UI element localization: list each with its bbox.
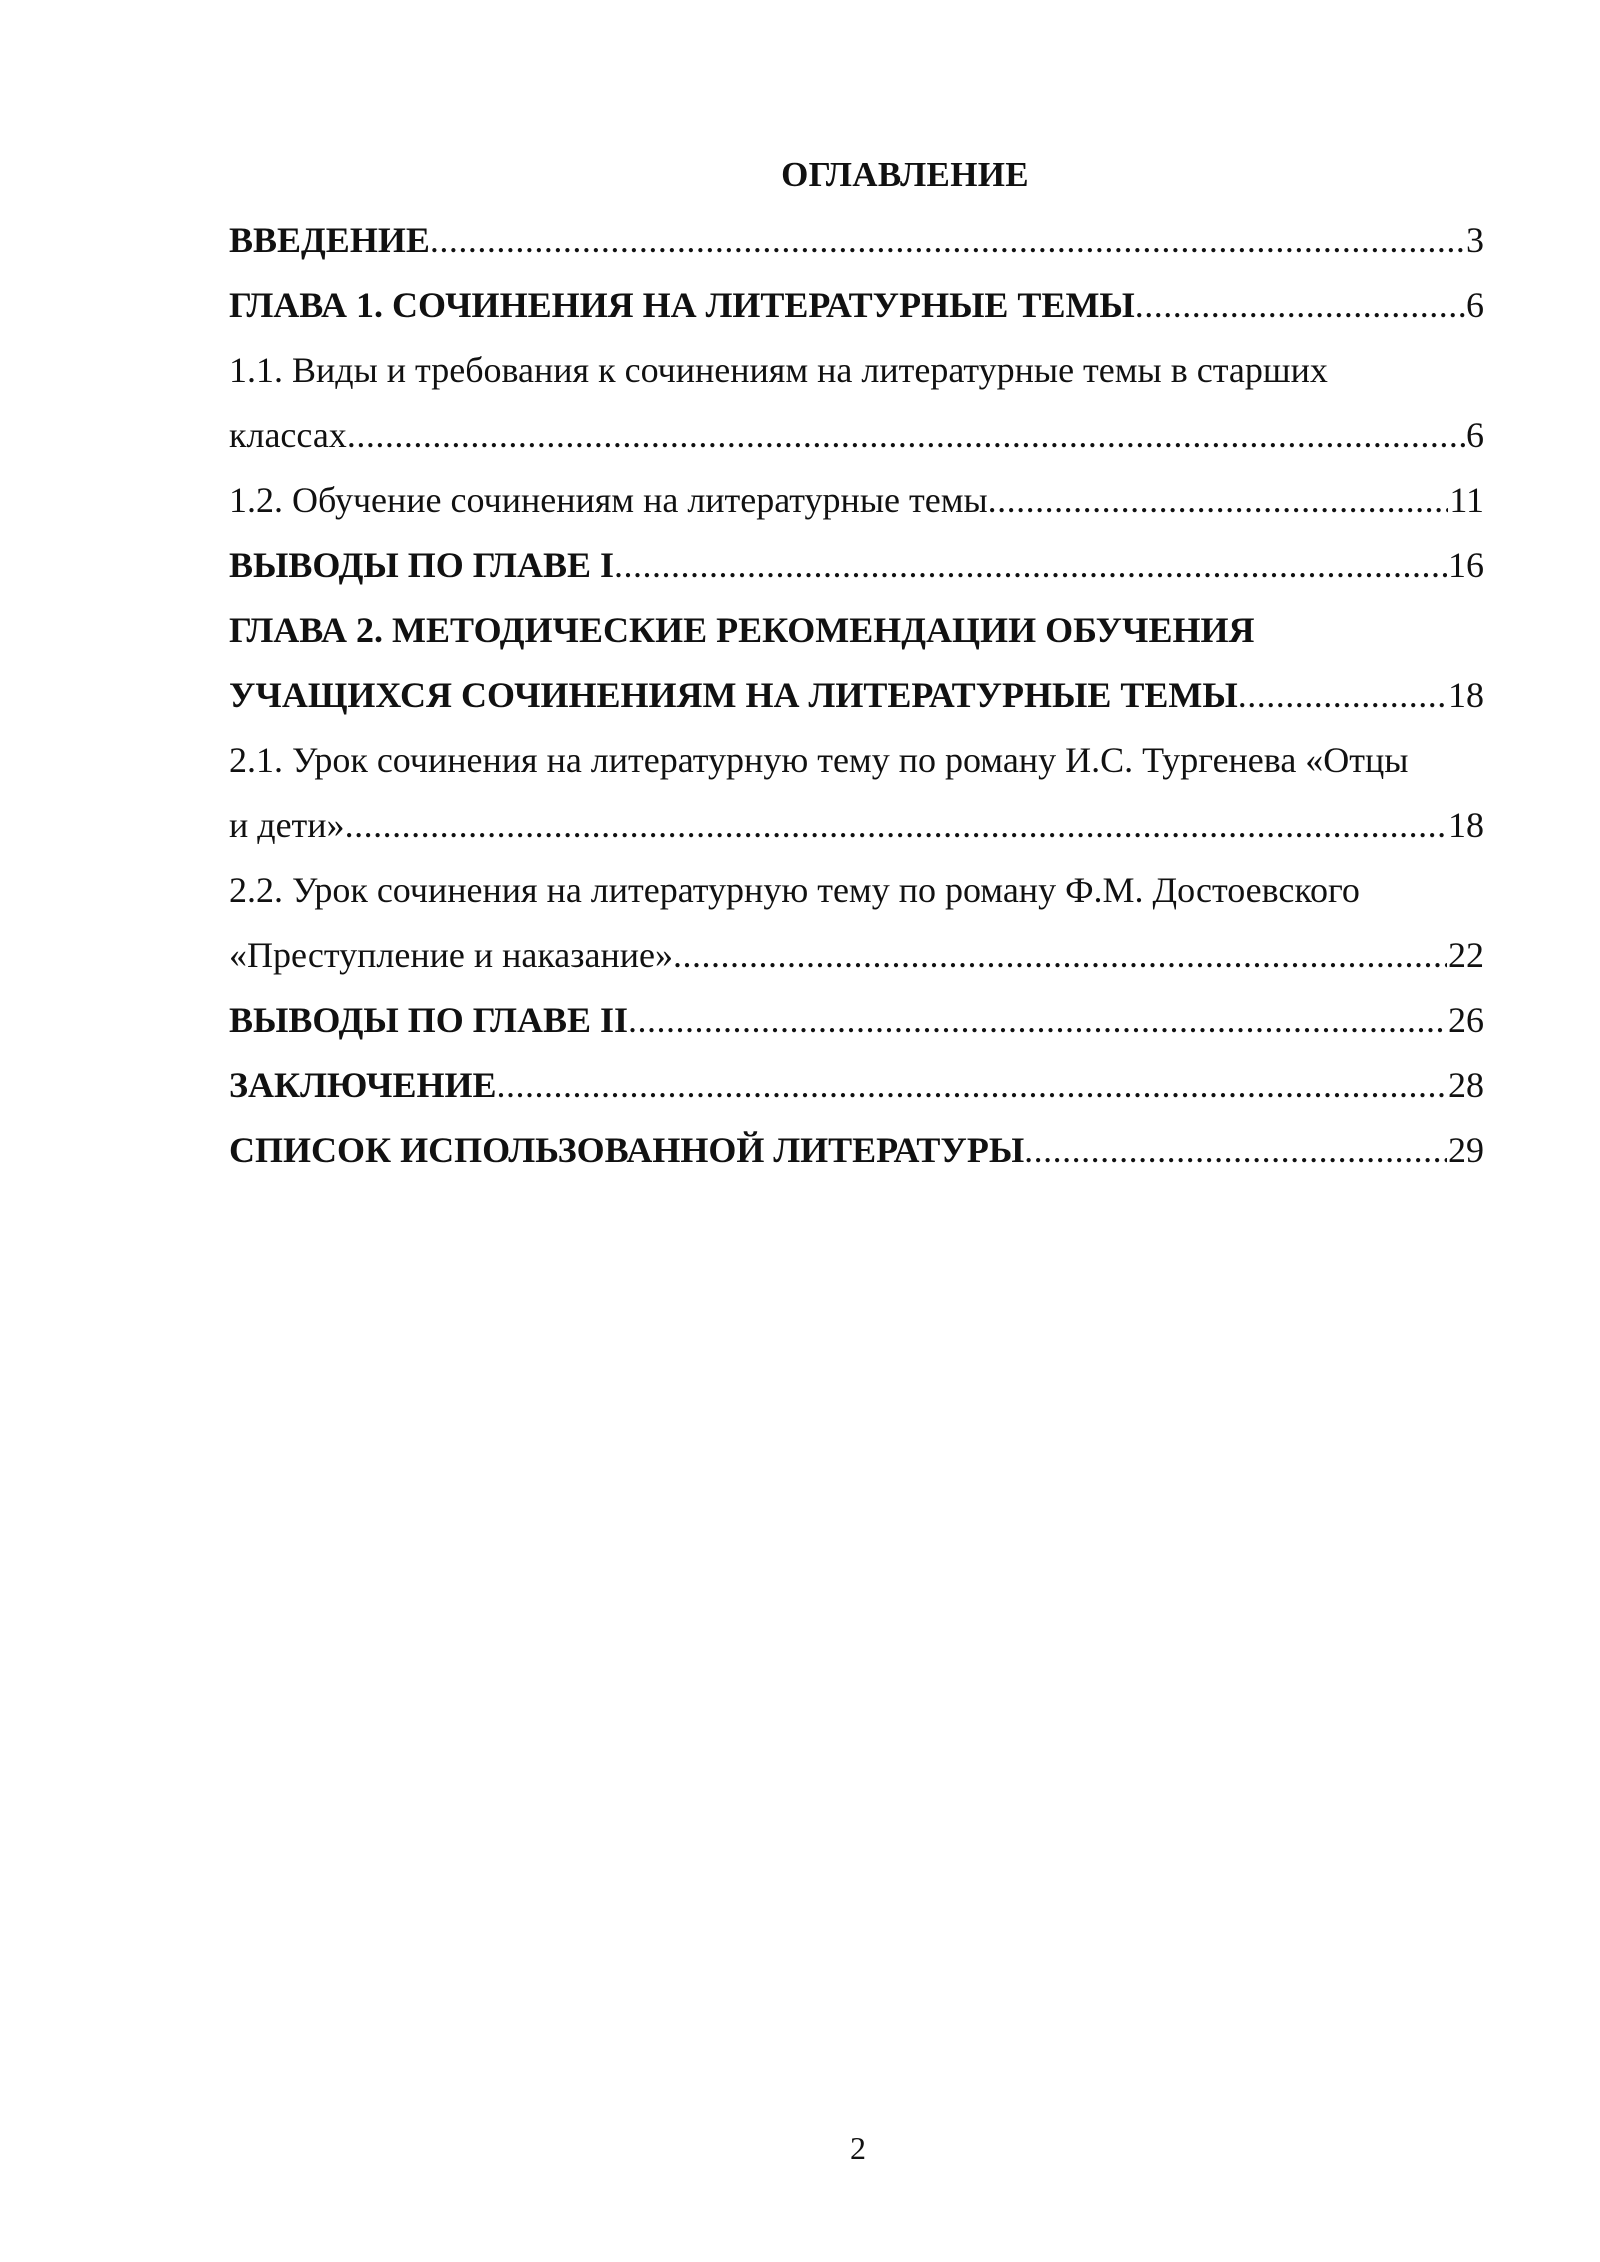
toc-entry-label: 1.1. Виды и требования к сочинениям на л… — [229, 338, 1328, 403]
toc-entry-label: «Преступление и наказание» — [229, 923, 673, 988]
dot-leader — [1238, 663, 1447, 728]
toc-entry-section-2-1-continued[interactable]: и дети» 18 — [229, 793, 1484, 858]
dot-leader — [347, 403, 1465, 468]
dot-leader — [614, 533, 1447, 598]
toc-entry-chapter-1[interactable]: ГЛАВА 1. СОЧИНЕНИЯ НА ЛИТЕРАТУРНЫЕ ТЕМЫ … — [229, 273, 1484, 338]
toc-entry-label: ГЛАВА 1. СОЧИНЕНИЯ НА ЛИТЕРАТУРНЫЕ ТЕМЫ — [229, 273, 1135, 338]
toc-entry-chapter-2-continued[interactable]: УЧАЩИХСЯ СОЧИНЕНИЯМ НА ЛИТЕРАТУРНЫЕ ТЕМЫ… — [229, 663, 1484, 728]
toc-entry-page: 22 — [1447, 923, 1484, 988]
dot-leader — [988, 468, 1449, 533]
page-number: 2 — [0, 2128, 1600, 2168]
toc-entry-page: 29 — [1447, 1118, 1484, 1183]
toc-entry-label: и дети» — [229, 793, 345, 858]
toc-entry-label: ЗАКЛЮЧЕНИЕ — [229, 1053, 497, 1118]
toc-entry-page: 3 — [1465, 208, 1484, 273]
toc-entry-conclusion[interactable]: ЗАКЛЮЧЕНИЕ 28 — [229, 1053, 1484, 1118]
toc-entry-label: 2.1. Урок сочинения на литературную тему… — [229, 728, 1408, 793]
toc-entry-page: 18 — [1447, 793, 1484, 858]
toc-entry-section-2-2[interactable]: 2.2. Урок сочинения на литературную тему… — [229, 858, 1484, 923]
toc-entry-conclusions-chapter-1[interactable]: ВЫВОДЫ ПО ГЛАВЕ I 16 — [229, 533, 1484, 598]
toc-entry-page: 28 — [1447, 1053, 1484, 1118]
toc-entry-page: 6 — [1465, 273, 1484, 338]
toc-entry-section-2-1[interactable]: 2.1. Урок сочинения на литературную тему… — [229, 728, 1484, 793]
toc-entry-label: ВЫВОДЫ ПО ГЛАВЕ I — [229, 533, 614, 598]
toc-entry-conclusions-chapter-2[interactable]: ВЫВОДЫ ПО ГЛАВЕ II 26 — [229, 988, 1484, 1053]
dot-leader — [628, 988, 1447, 1053]
toc-entry-page: 6 — [1465, 403, 1484, 468]
toc-entry-section-1-1[interactable]: 1.1. Виды и требования к сочинениям на л… — [229, 338, 1484, 403]
toc-entry-label: 1.2. Обучение сочинениям на литературные… — [229, 468, 988, 533]
toc-entry-introduction[interactable]: ВВЕДЕНИЕ 3 — [229, 208, 1484, 273]
toc-entry-page: 11 — [1448, 468, 1484, 533]
dot-leader — [430, 208, 1465, 273]
dot-leader — [673, 923, 1447, 988]
toc-entry-page: 26 — [1447, 988, 1484, 1053]
dot-leader — [1135, 273, 1465, 338]
table-of-contents: ВВЕДЕНИЕ 3 ГЛАВА 1. СОЧИНЕНИЯ НА ЛИТЕРАТ… — [229, 208, 1484, 1183]
toc-title: ОГЛАВЛЕНИЕ — [0, 150, 1600, 200]
toc-entry-section-2-2-continued[interactable]: «Преступление и наказание» 22 — [229, 923, 1484, 988]
toc-entry-section-1-2[interactable]: 1.2. Обучение сочинениям на литературные… — [229, 468, 1484, 533]
toc-entry-page: 18 — [1447, 663, 1484, 728]
toc-entry-label: УЧАЩИХСЯ СОЧИНЕНИЯМ НА ЛИТЕРАТУРНЫЕ ТЕМЫ — [229, 663, 1238, 728]
toc-entry-page: 16 — [1447, 533, 1484, 598]
toc-entry-label: ВЫВОДЫ ПО ГЛАВЕ II — [229, 988, 628, 1053]
toc-entry-label: ГЛАВА 2. МЕТОДИЧЕСКИЕ РЕКОМЕНДАЦИИ ОБУЧЕ… — [229, 598, 1254, 663]
toc-entry-label: ВВЕДЕНИЕ — [229, 208, 430, 273]
dot-leader — [497, 1053, 1447, 1118]
toc-entry-label: 2.2. Урок сочинения на литературную тему… — [229, 858, 1360, 923]
dot-leader — [1024, 1118, 1447, 1183]
dot-leader — [345, 793, 1447, 858]
toc-entry-label: классах — [229, 403, 347, 468]
toc-entry-chapter-2[interactable]: ГЛАВА 2. МЕТОДИЧЕСКИЕ РЕКОМЕНДАЦИИ ОБУЧЕ… — [229, 598, 1484, 663]
document-page: ОГЛАВЛЕНИЕ ВВЕДЕНИЕ 3 ГЛАВА 1. СОЧИНЕНИЯ… — [0, 0, 1600, 2262]
toc-entry-bibliography[interactable]: СПИСОК ИСПОЛЬЗОВАННОЙ ЛИТЕРАТУРЫ 29 — [229, 1118, 1484, 1183]
toc-entry-section-1-1-continued[interactable]: классах 6 — [229, 403, 1484, 468]
toc-entry-label: СПИСОК ИСПОЛЬЗОВАННОЙ ЛИТЕРАТУРЫ — [229, 1118, 1024, 1183]
